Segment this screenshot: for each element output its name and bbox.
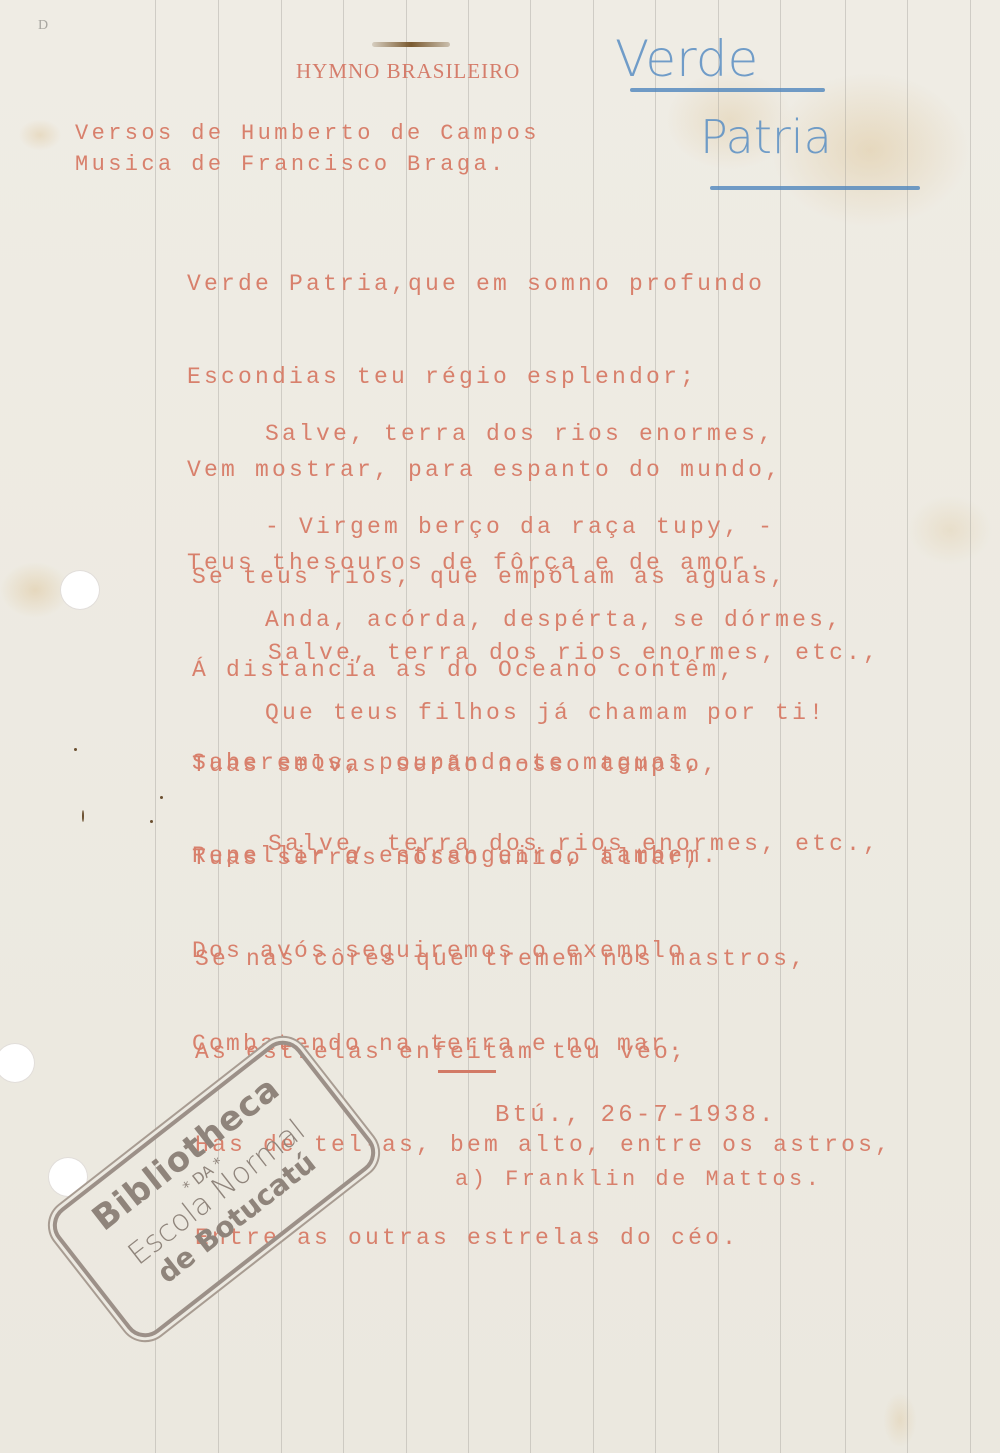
- pencil-underline: [630, 88, 825, 92]
- verse-line: Verde Patria,que em somno profundo: [187, 269, 782, 300]
- credit-music: Musica de Francisco Braga.: [75, 149, 507, 180]
- document-title: HYMNO BRASILEIRO: [296, 56, 520, 87]
- place-date: Btú., 26-7-1938.: [495, 1100, 777, 1131]
- ruled-line: [907, 0, 908, 1453]
- verse-line: Entre as outras estrelas do céo.: [195, 1223, 892, 1254]
- credit-verses: Versos de Humberto de Campos: [75, 118, 540, 149]
- verse-line: Se teus rios, que empólam as aguas,: [192, 562, 787, 593]
- chorus-reference: Salve, terra dos rios enormes, etc.,: [268, 638, 880, 669]
- verse-line: Tuas selvas serão nosso templo,: [192, 750, 719, 781]
- ruled-line: [970, 0, 971, 1453]
- pencil-underline: [710, 186, 920, 190]
- handwritten-note-verde: Verde: [615, 30, 758, 88]
- ink-speck: [160, 796, 163, 799]
- handwritten-note-patria: Patria: [700, 110, 832, 164]
- signature: a) Franklin de Mattos.: [455, 1164, 822, 1195]
- verse-line: Se nas côres que tremem nos mastros,: [195, 944, 892, 975]
- punch-hole: [60, 570, 100, 610]
- ink-speck: [150, 820, 153, 823]
- ink-speck: [74, 748, 77, 751]
- chorus-line: Salve, terra dos rios enormes,: [265, 419, 843, 450]
- ink-speck: [82, 810, 84, 822]
- smudge-mark: [372, 42, 450, 47]
- separator-dash: [438, 1070, 496, 1073]
- corner-mark: D: [38, 18, 48, 34]
- chorus-reference: Salve, terra dos rios enormes, etc.,: [268, 829, 880, 860]
